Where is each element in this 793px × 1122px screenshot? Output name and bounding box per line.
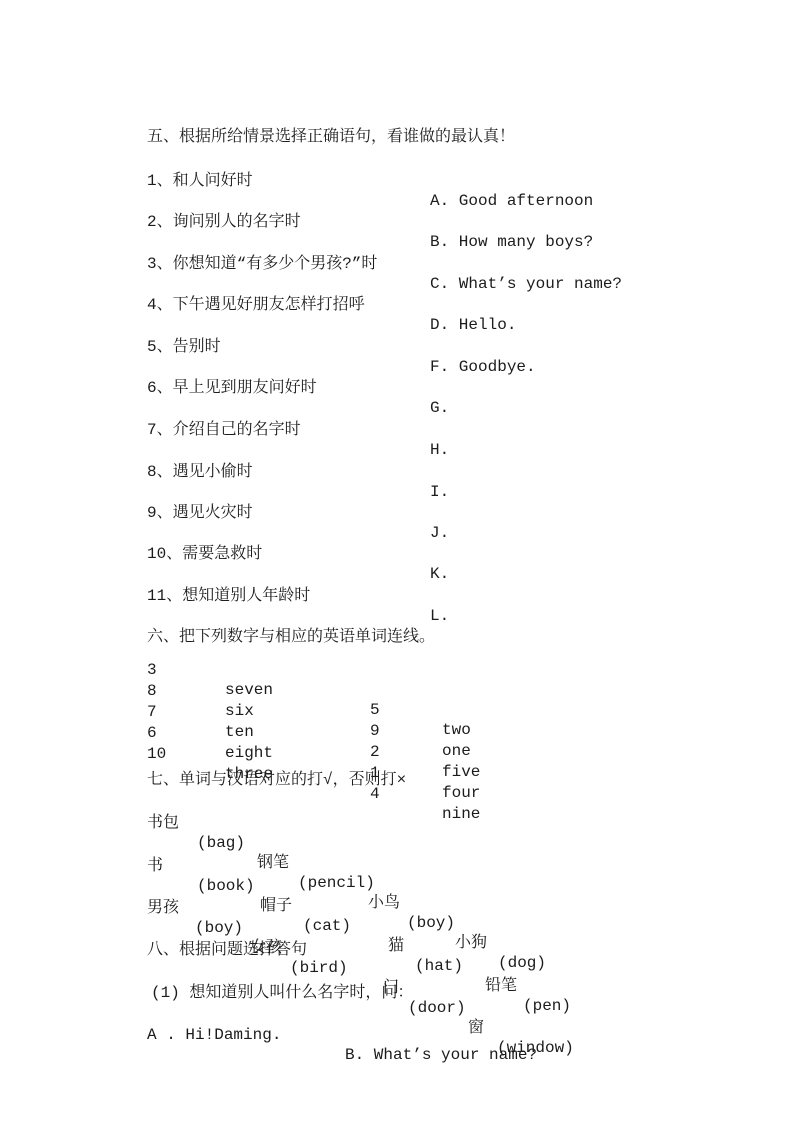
s8-option-b: B. What’s your name? (345, 1045, 537, 1065)
section5-header: 五、根据所给情景选择正确语句，看谁做的最认真！ (0, 107, 793, 127)
s5-row-11: 11、想知道别人年龄时 L. (0, 566, 793, 586)
s5-question-7: 7、介绍自己的名字时 (147, 420, 301, 440)
s7-chinese-word: 书 (147, 856, 163, 876)
s5-row-9: 9、遇见火灾时 J. (0, 483, 793, 503)
s8-question-row: (1) 想知道别人叫什么名字时，问： (0, 963, 793, 983)
s5-row-6: 6、早上见到朋友问好时 G. (0, 358, 793, 378)
s5-question-2: 2、询问别人的名字时 (147, 212, 301, 232)
section5-title: 五、根据所给情景选择正确语句，看谁做的最认真！ (147, 127, 515, 147)
s5-row-1: 1、和人问好时 A. Good afternoon (0, 151, 793, 171)
s5-row-2: 2、询问别人的名字时 B. How many boys? (0, 192, 793, 212)
s5-question-9: 9、遇见火灾时 (147, 503, 253, 523)
s5-row-5: 5、告别时 F. Goodbye. (0, 317, 793, 337)
s6-row-2: 8 six 9 one (0, 661, 793, 681)
s7-chinese-word: 书包 (147, 813, 179, 833)
s5-question-10: 10、需要急救时 (147, 544, 262, 564)
s5-question-1: 1、和人问好时 (147, 171, 253, 191)
section8-title: 八、根据问题选择答句 (147, 940, 307, 960)
s8-options-row: A . Hi!Daming. B. What’s your name? (0, 1005, 793, 1025)
s5-question-6: 6、早上见到朋友问好时 (147, 378, 317, 398)
s5-row-8: 8、遇见小偷时 I. (0, 442, 793, 462)
s7-chinese-word: 帽子 (260, 896, 292, 916)
section8-header: 八、根据问题选择答句 (0, 920, 793, 940)
s7-row-1: 书包 (bag) 钢笔 (pencil) 小鸟 (boy) 小狗 (dog) (0, 793, 793, 813)
section7-header: 七、单词与汉语对应的打√，否则打× (0, 750, 793, 770)
s6-row-4: 6 eight 1 four (0, 703, 793, 723)
s5-question-11: 11、想知道别人年龄时 (147, 586, 310, 606)
s6-row-3: 7 ten 2 five (0, 682, 793, 702)
s7-chinese-word: 钢笔 (257, 853, 289, 873)
s5-question-8: 8、遇见小偷时 (147, 462, 253, 482)
s8-question-1: (1) 想知道别人叫什么名字时，问： (151, 983, 413, 1003)
s5-row-7: 7、介绍自己的名字时 H. (0, 400, 793, 420)
s5-row-3: 3、你想知道“有多少个男孩?”时 C. What’s your name? (0, 234, 793, 254)
s5-question-3: 3、你想知道“有多少个男孩?”时 (147, 254, 377, 274)
s5-row-10: 10、需要急救时 K. (0, 524, 793, 544)
s8-option-a: A . Hi!Daming. (147, 1025, 281, 1045)
section7-title: 七、单词与汉语对应的打√，否则打× (147, 770, 406, 790)
s5-question-5: 5、告别时 (147, 337, 221, 357)
s6-row-1: 3 seven 5 two (0, 640, 793, 660)
s5-question-4: 4、下午遇见好朋友怎样打招呼 (147, 295, 365, 315)
s5-row-4: 4、下午遇见好朋友怎样打招呼 D. Hello. (0, 275, 793, 295)
worksheet-page: 五、根据所给情景选择正确语句，看谁做的最认真！ 1、和人问好时 A. Good … (0, 0, 793, 1122)
s6-row-5: 10 three 4 nine (0, 724, 793, 744)
s7-row-3: 男孩 (boy) 女孩 (bird) 门 (door) 窗 (window) (0, 878, 793, 898)
s7-row-2: 书 (book) 帽子 (cat) 猫 (hat) 铅笔 (pen) (0, 836, 793, 856)
section6-header: 六、把下列数字与相应的英语单词连线。 (0, 607, 793, 627)
s7-chinese-word: 男孩 (147, 898, 179, 918)
